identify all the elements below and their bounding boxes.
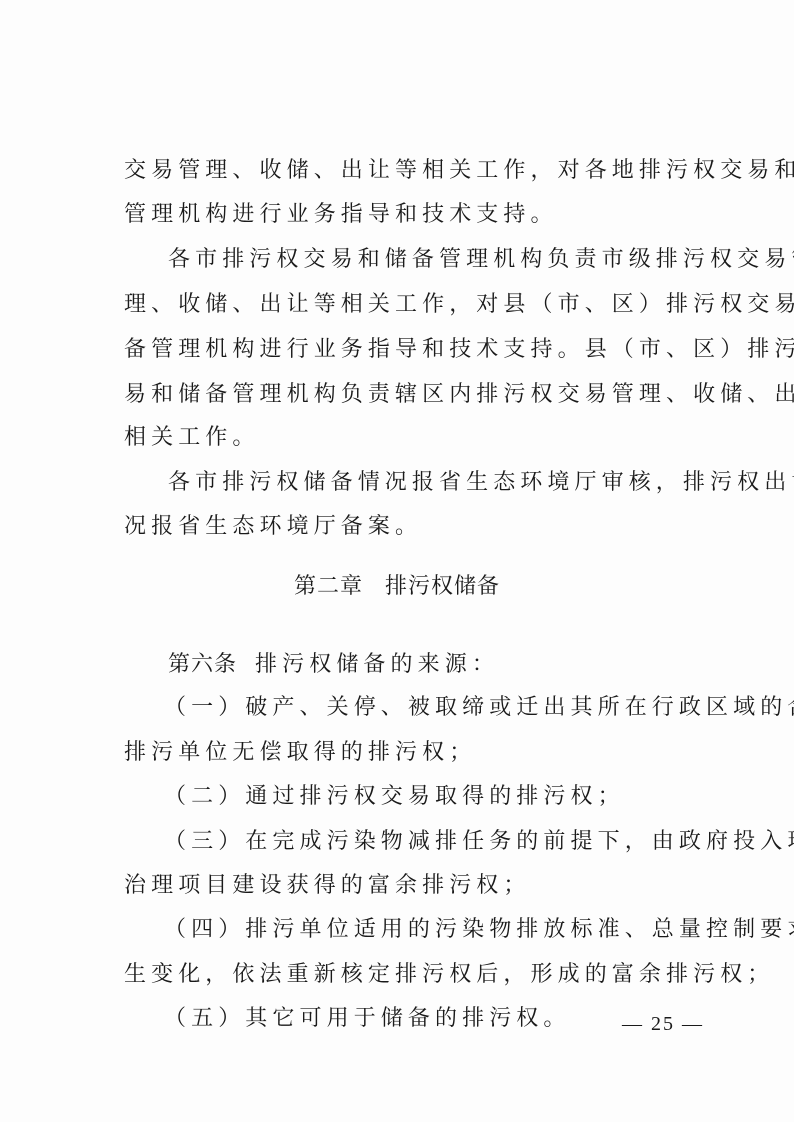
paragraph-line: 相关工作。 — [124, 423, 714, 453]
paragraph-line: 理、收储、出让等相关工作，对县（市、区）排污权交易和储 — [124, 290, 714, 320]
list-item: （一）破产、关停、被取缔或迁出其所在行政区域的合法 — [164, 693, 754, 723]
article-label: 第六条 — [168, 652, 237, 677]
list-item: （三）在完成污染物减排任务的前提下，由政府投入环境 — [164, 827, 754, 857]
article-heading: 第六条排污权储备的来源： — [168, 650, 758, 680]
article-heading-text: 排污权储备的来源： — [255, 652, 499, 677]
paragraph-line: 各市排污权交易和储备管理机构负责市级排污权交易管 — [168, 245, 758, 275]
chapter-title: 排污权储备 — [385, 574, 500, 599]
paragraph-line: 管理机构进行业务指导和技术支持。 — [124, 200, 714, 230]
paragraph-line: 况报省生态环境厅备案。 — [124, 512, 714, 542]
chapter-number: 第二章 — [294, 574, 363, 599]
list-item-continuation: 生变化，依法重新核定排污权后，形成的富余排污权； — [124, 960, 714, 990]
list-item: （四）排污单位适用的污染物排放标准、总量控制要求发 — [164, 915, 754, 945]
paragraph-line: 易和储备管理机构负责辖区内排污权交易管理、收储、出让等 — [124, 380, 714, 410]
paragraph-line: 交易管理、收储、出让等相关工作，对各地排污权交易和储备 — [124, 156, 714, 186]
paragraph-line: 备管理机构进行业务指导和技术支持。县（市、区）排污权交 — [124, 335, 714, 365]
list-item: （二）通过排污权交易取得的排污权； — [164, 782, 754, 812]
list-item-continuation: 排污单位无偿取得的排污权； — [124, 738, 714, 768]
paragraph-line: 各市排污权储备情况报省生态环境厅审核，排污权出让情 — [168, 468, 758, 498]
list-item-continuation: 治理项目建设获得的富余排污权； — [124, 871, 714, 901]
document-page: 交易管理、收储、出让等相关工作，对各地排污权交易和储备 管理机构进行业务指导和技… — [0, 0, 794, 1122]
chapter-heading: 第二章排污权储备 — [0, 572, 794, 602]
page-number: — 25 — — [622, 1010, 704, 1038]
